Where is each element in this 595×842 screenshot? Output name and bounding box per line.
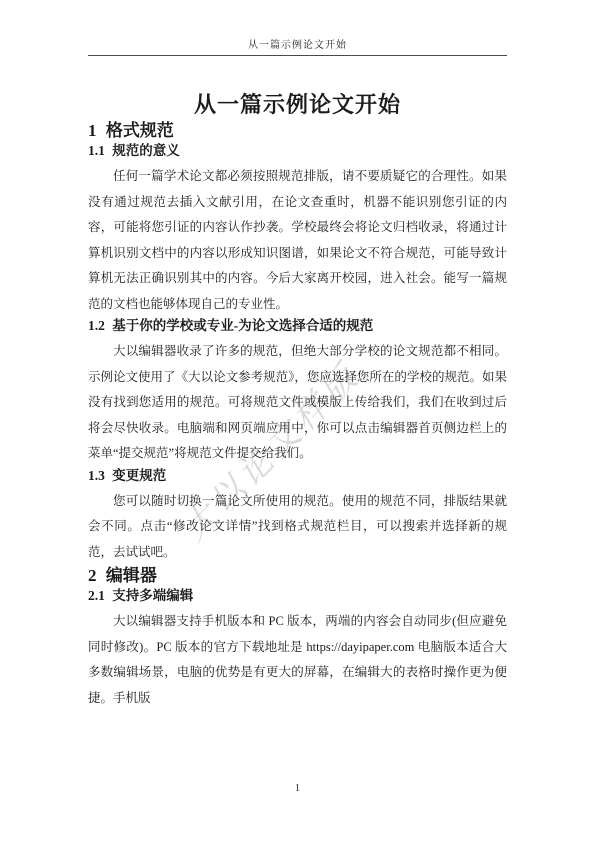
subsection-heading-1-2: 1.2基于你的学校或专业-为论文选择合适的规范 bbox=[88, 317, 507, 335]
paragraph: 您可以随时切换一篇论文所使用的规范。使用的规范不同，排版结果就会不同。点击“修改… bbox=[88, 489, 507, 566]
subsection-number: 1.1 bbox=[88, 143, 105, 158]
subsection-title: 变更规范 bbox=[112, 468, 166, 483]
section-title: 格式规范 bbox=[106, 121, 174, 140]
section-number: 2 bbox=[88, 566, 97, 585]
subsection-title: 规范的意义 bbox=[112, 143, 180, 158]
section-heading-1: 1格式规范 bbox=[88, 120, 507, 142]
subsection-title: 支持多端编辑 bbox=[112, 588, 193, 603]
subsection-number: 1.2 bbox=[88, 318, 105, 333]
document-content: 从一篇示例论文开始 1格式规范 1.1规范的意义 任何一篇学术论文都必须按照规范… bbox=[88, 0, 507, 711]
section-number: 1 bbox=[88, 121, 97, 140]
subsection-title: 基于你的学校或专业-为论文选择合适的规范 bbox=[112, 318, 373, 333]
section-heading-2: 2编辑器 bbox=[88, 565, 507, 587]
subsection-heading-1-1: 1.1规范的意义 bbox=[88, 142, 507, 160]
subsection-heading-1-3: 1.3变更规范 bbox=[88, 467, 507, 485]
section-title: 编辑器 bbox=[106, 566, 157, 585]
document-title: 从一篇示例论文开始 bbox=[88, 90, 507, 120]
page-footer: 1 bbox=[88, 783, 507, 794]
subsection-number: 2.1 bbox=[88, 588, 105, 603]
document-page: 大以论文样版 从一篇示例论文开始 从一篇示例论文开始 1格式规范 1.1规范的意… bbox=[0, 0, 595, 842]
paragraph: 大以编辑器支持手机版本和 PC 版本，两端的内容会自动同步(但应避免同时修改)。… bbox=[88, 609, 507, 711]
subsection-heading-2-1: 2.1支持多端编辑 bbox=[88, 587, 507, 605]
paragraph: 任何一篇学术论文都必须按照规范排版，请不要质疑它的合理性。如果没有通过规范去插入… bbox=[88, 164, 507, 317]
page-number: 1 bbox=[295, 783, 300, 794]
subsection-number: 1.3 bbox=[88, 468, 105, 483]
paragraph: 大以编辑器收录了许多的规范，但绝大部分学校的论文规范都不相同。示例论文使用了《大… bbox=[88, 339, 507, 467]
